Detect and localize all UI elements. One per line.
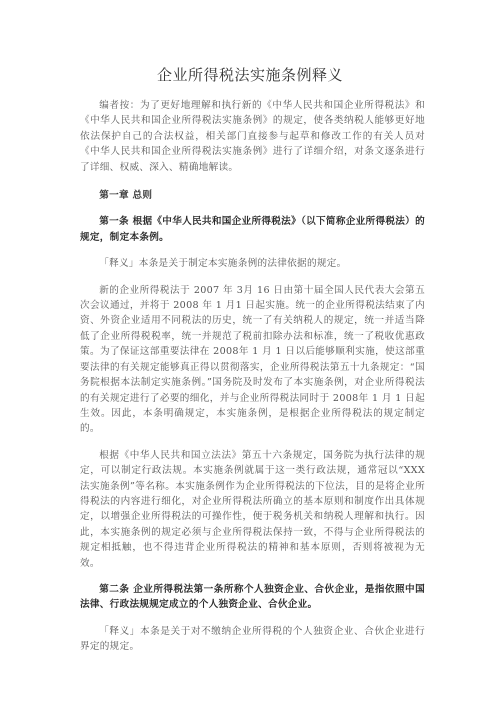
article-2-text: 第二条 企业所得税法第一条所称个人独资企业、合伙企业，是指依照中国法律、行政法规… <box>80 582 425 613</box>
article-1-text: 第一条 根据《中华人民共和国企业所得税法》（以下简称企业所得税法）的规定，制定本… <box>80 214 425 245</box>
article-1-interpretation: 「释义」本条是关于制定本实施条例的法律依据的规定。 <box>80 256 425 271</box>
article-1-paragraph-1: 新的企业所得税法于 2007 年 3月 16 日由第十届全国人民代表大会第五次会… <box>80 283 425 437</box>
editor-note: 编者按：为了更好地理解和执行新的《中华人民共和国企业所得税法》和《中华人民共和国… <box>80 98 425 175</box>
article-2-interpretation: 「释义」本条是关于对不缴纳企业所得税的个人独资企业、合伙企业进行界定的规定。 <box>80 624 425 655</box>
document-body: 编者按：为了更好地理解和执行新的《中华人民共和国企业所得税法》和《中华人民共和国… <box>80 98 425 655</box>
article-1-paragraph-2: 根据《中华人民共和国立法法》第五十六条规定，国务院为执行法律的规定，可以制定行政… <box>80 448 425 571</box>
chapter-heading: 第一章 总则 <box>80 188 425 203</box>
document-title: 企业所得税法实施条例释义 <box>0 64 500 85</box>
document-page: 企业所得税法实施条例释义 编者按：为了更好地理解和执行新的《中华人民共和国企业所… <box>0 0 500 707</box>
